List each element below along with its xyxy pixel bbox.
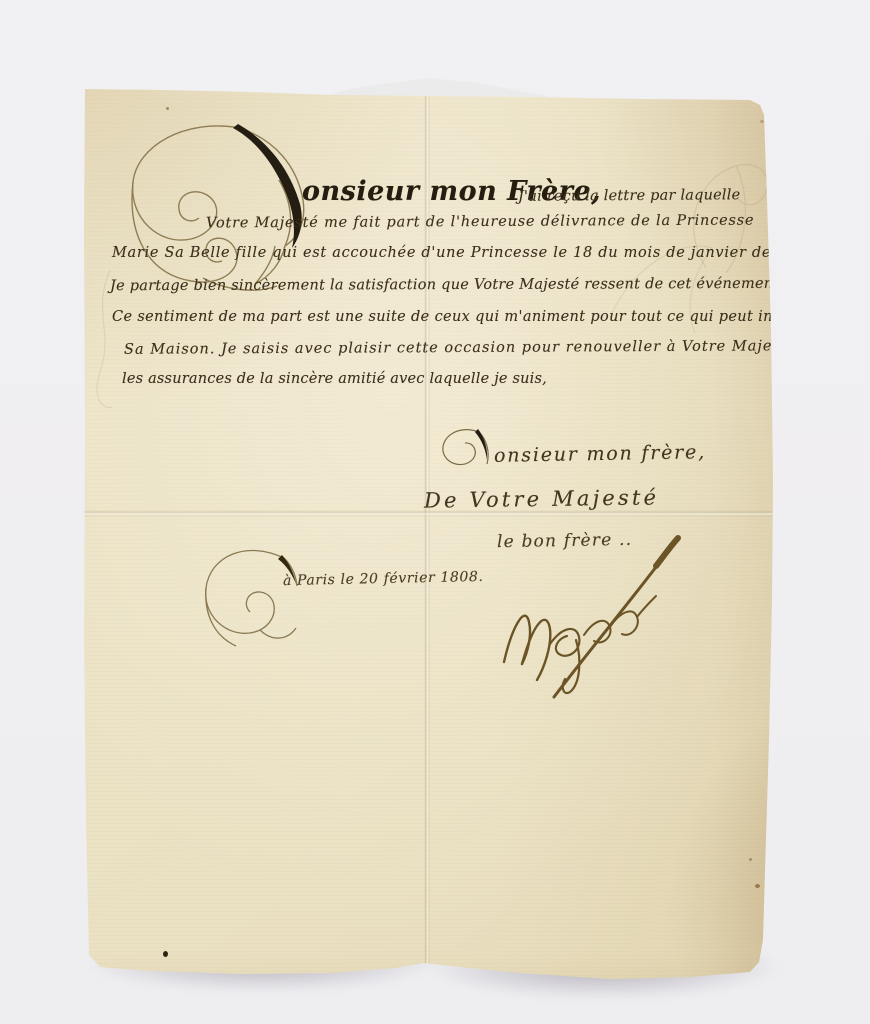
ink-ghost-flourish-right — [676, 148, 776, 278]
ink-ghost-flourish-left-margin — [88, 262, 122, 412]
ink-ghost-flourish-mid — [600, 228, 720, 338]
closing-line-3: le bon frère .. — [497, 530, 633, 552]
closing-line-2: De Votre Majesté — [424, 485, 660, 512]
ink-spot — [163, 951, 168, 957]
letter-line-5: Ce sentiment de ma part est une suite de… — [112, 309, 836, 325]
foxing-spot — [760, 120, 764, 123]
letter-line-3: Marie Sa Belle fille qui est accouchée d… — [112, 245, 815, 261]
letter-line-2: Votre Majesté me fait part de l'heureuse… — [206, 213, 754, 232]
salutation-initial-flourish — [115, 118, 315, 298]
dateline-flourish — [196, 538, 301, 653]
salutation-text: onsieur mon Frère, — [302, 176, 601, 207]
vertical-fold-crease — [424, 96, 430, 964]
horizontal-fold-crease — [85, 510, 773, 517]
letter-paper: onsieur mon Frère, J'ai reçu la lettre p… — [0, 0, 870, 1024]
flourish-heavy-stroke — [233, 124, 302, 248]
foxing-spot — [166, 107, 169, 110]
letter-line-4: Je partage bien sincèrement la satisfact… — [110, 276, 784, 294]
letter-line-6: Sa Maison. Je saisis avec plaisir cette … — [124, 338, 797, 358]
letter-photograph: onsieur mon Frère, J'ai reçu la lettre p… — [0, 0, 870, 1024]
closing-initial-flourish — [437, 424, 493, 474]
foxing-spot — [755, 884, 760, 888]
foxing-spot — [749, 858, 752, 861]
letter-line-1: J'ai reçu la lettre par laquelle — [518, 187, 740, 205]
dateline-text: à Paris le 20 février 1808. — [283, 569, 484, 589]
napoleon-signature — [492, 532, 687, 700]
foxing-spot — [744, 96, 747, 99]
closing-line-1: onsieur mon frère, — [494, 441, 706, 467]
letter-line-7: les assurances de la sincère amitié avec… — [122, 371, 547, 387]
